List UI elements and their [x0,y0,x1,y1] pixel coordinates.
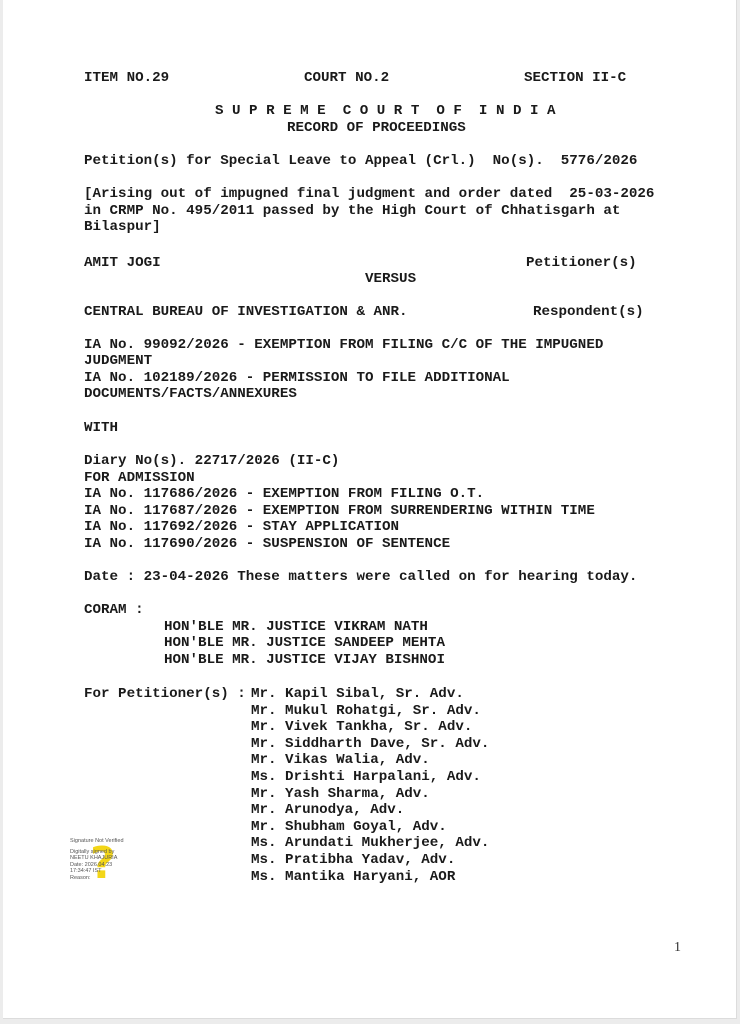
counsel-name: Mr. Kapil Sibal, Sr. Adv. [251,686,464,703]
petition-line: Petition(s) for Special Leave to Appeal … [84,153,637,170]
respondent-name: CENTRAL BUREAU OF INVESTIGATION & ANR. [84,304,408,321]
arising-line: [Arising out of impugned final judgment … [84,186,654,203]
diary-application: IA No. 117692/2026 - STAY APPLICATION [84,519,399,536]
hearing-date-line: Date : 23-04-2026 These matters were cal… [84,569,637,586]
judge-name: HON'BLE MR. JUSTICE VIKRAM NATH [164,619,428,636]
counsel-name: Mr. Siddharth Dave, Sr. Adv. [251,736,489,753]
respondent-label: Respondent(s) [533,304,644,321]
diary-application: IA No. 117690/2026 - SUSPENSION OF SENTE… [84,536,450,553]
diary-purpose: FOR ADMISSION [84,470,195,487]
document-page: ITEM NO.29 COURT NO.2 SECTION II-C S U P… [3,0,737,1019]
diary-application: IA No. 117686/2026 - EXEMPTION FROM FILI… [84,486,484,503]
counsel-name: Mr. Vikas Walia, Adv. [251,752,430,769]
counsel-name: Ms. Drishti Harpalani, Adv. [251,769,481,786]
signature-detail: Reason: [70,875,140,882]
counsel-name: Mr. Yash Sharma, Adv. [251,786,430,803]
page-number: 1 [674,940,681,956]
counsel-name: Mr. Shubham Goyal, Adv. [251,819,447,836]
judge-name: HON'BLE MR. JUSTICE SANDEEP MEHTA [164,635,445,652]
court-number: COURT NO.2 [304,70,389,87]
arising-line: Bilaspur] [84,219,161,236]
record-title: RECORD OF PROCEEDINGS [287,120,466,137]
counsel-label: For Petitioner(s) : [84,686,246,703]
application-line: IA No. 102189/2026 - PERMISSION TO FILE … [84,370,510,387]
counsel-name: Ms. Pratibha Yadav, Adv. [251,852,455,869]
application-line: JUDGMENT [84,353,152,370]
arising-line: in CRMP No. 495/2011 passed by the High … [84,203,620,220]
judge-name: HON'BLE MR. JUSTICE VIJAY BISHNOI [164,652,445,669]
coram-label: CORAM : [84,602,144,619]
petitioner-name: AMIT JOGI [84,255,161,272]
diary-line: Diary No(s). 22717/2026 (II-C) [84,453,339,470]
section-label: SECTION II-C [524,70,626,87]
with-label: WITH [84,420,118,437]
court-name: S U P R E M E C O U R T O F I N D I A [215,103,556,120]
item-number: ITEM NO.29 [84,70,169,87]
application-line: DOCUMENTS/FACTS/ANNEXURES [84,386,297,403]
counsel-name: Mr. Arunodya, Adv. [251,802,404,819]
petitioner-label: Petitioner(s) [526,255,637,272]
digital-signature-block: ? Signature Not Verified Digitally signe… [70,838,140,888]
counsel-name: Ms. Mantika Haryani, AOR [251,869,455,886]
diary-application: IA No. 117687/2026 - EXEMPTION FROM SURR… [84,503,595,520]
counsel-name: Mr. Mukul Rohatgi, Sr. Adv. [251,703,481,720]
counsel-name: Ms. Arundati Mukherjee, Adv. [251,835,489,852]
versus-label: VERSUS [365,271,416,288]
application-line: IA No. 99092/2026 - EXEMPTION FROM FILIN… [84,337,603,354]
counsel-name: Mr. Vivek Tankha, Sr. Adv. [251,719,472,736]
